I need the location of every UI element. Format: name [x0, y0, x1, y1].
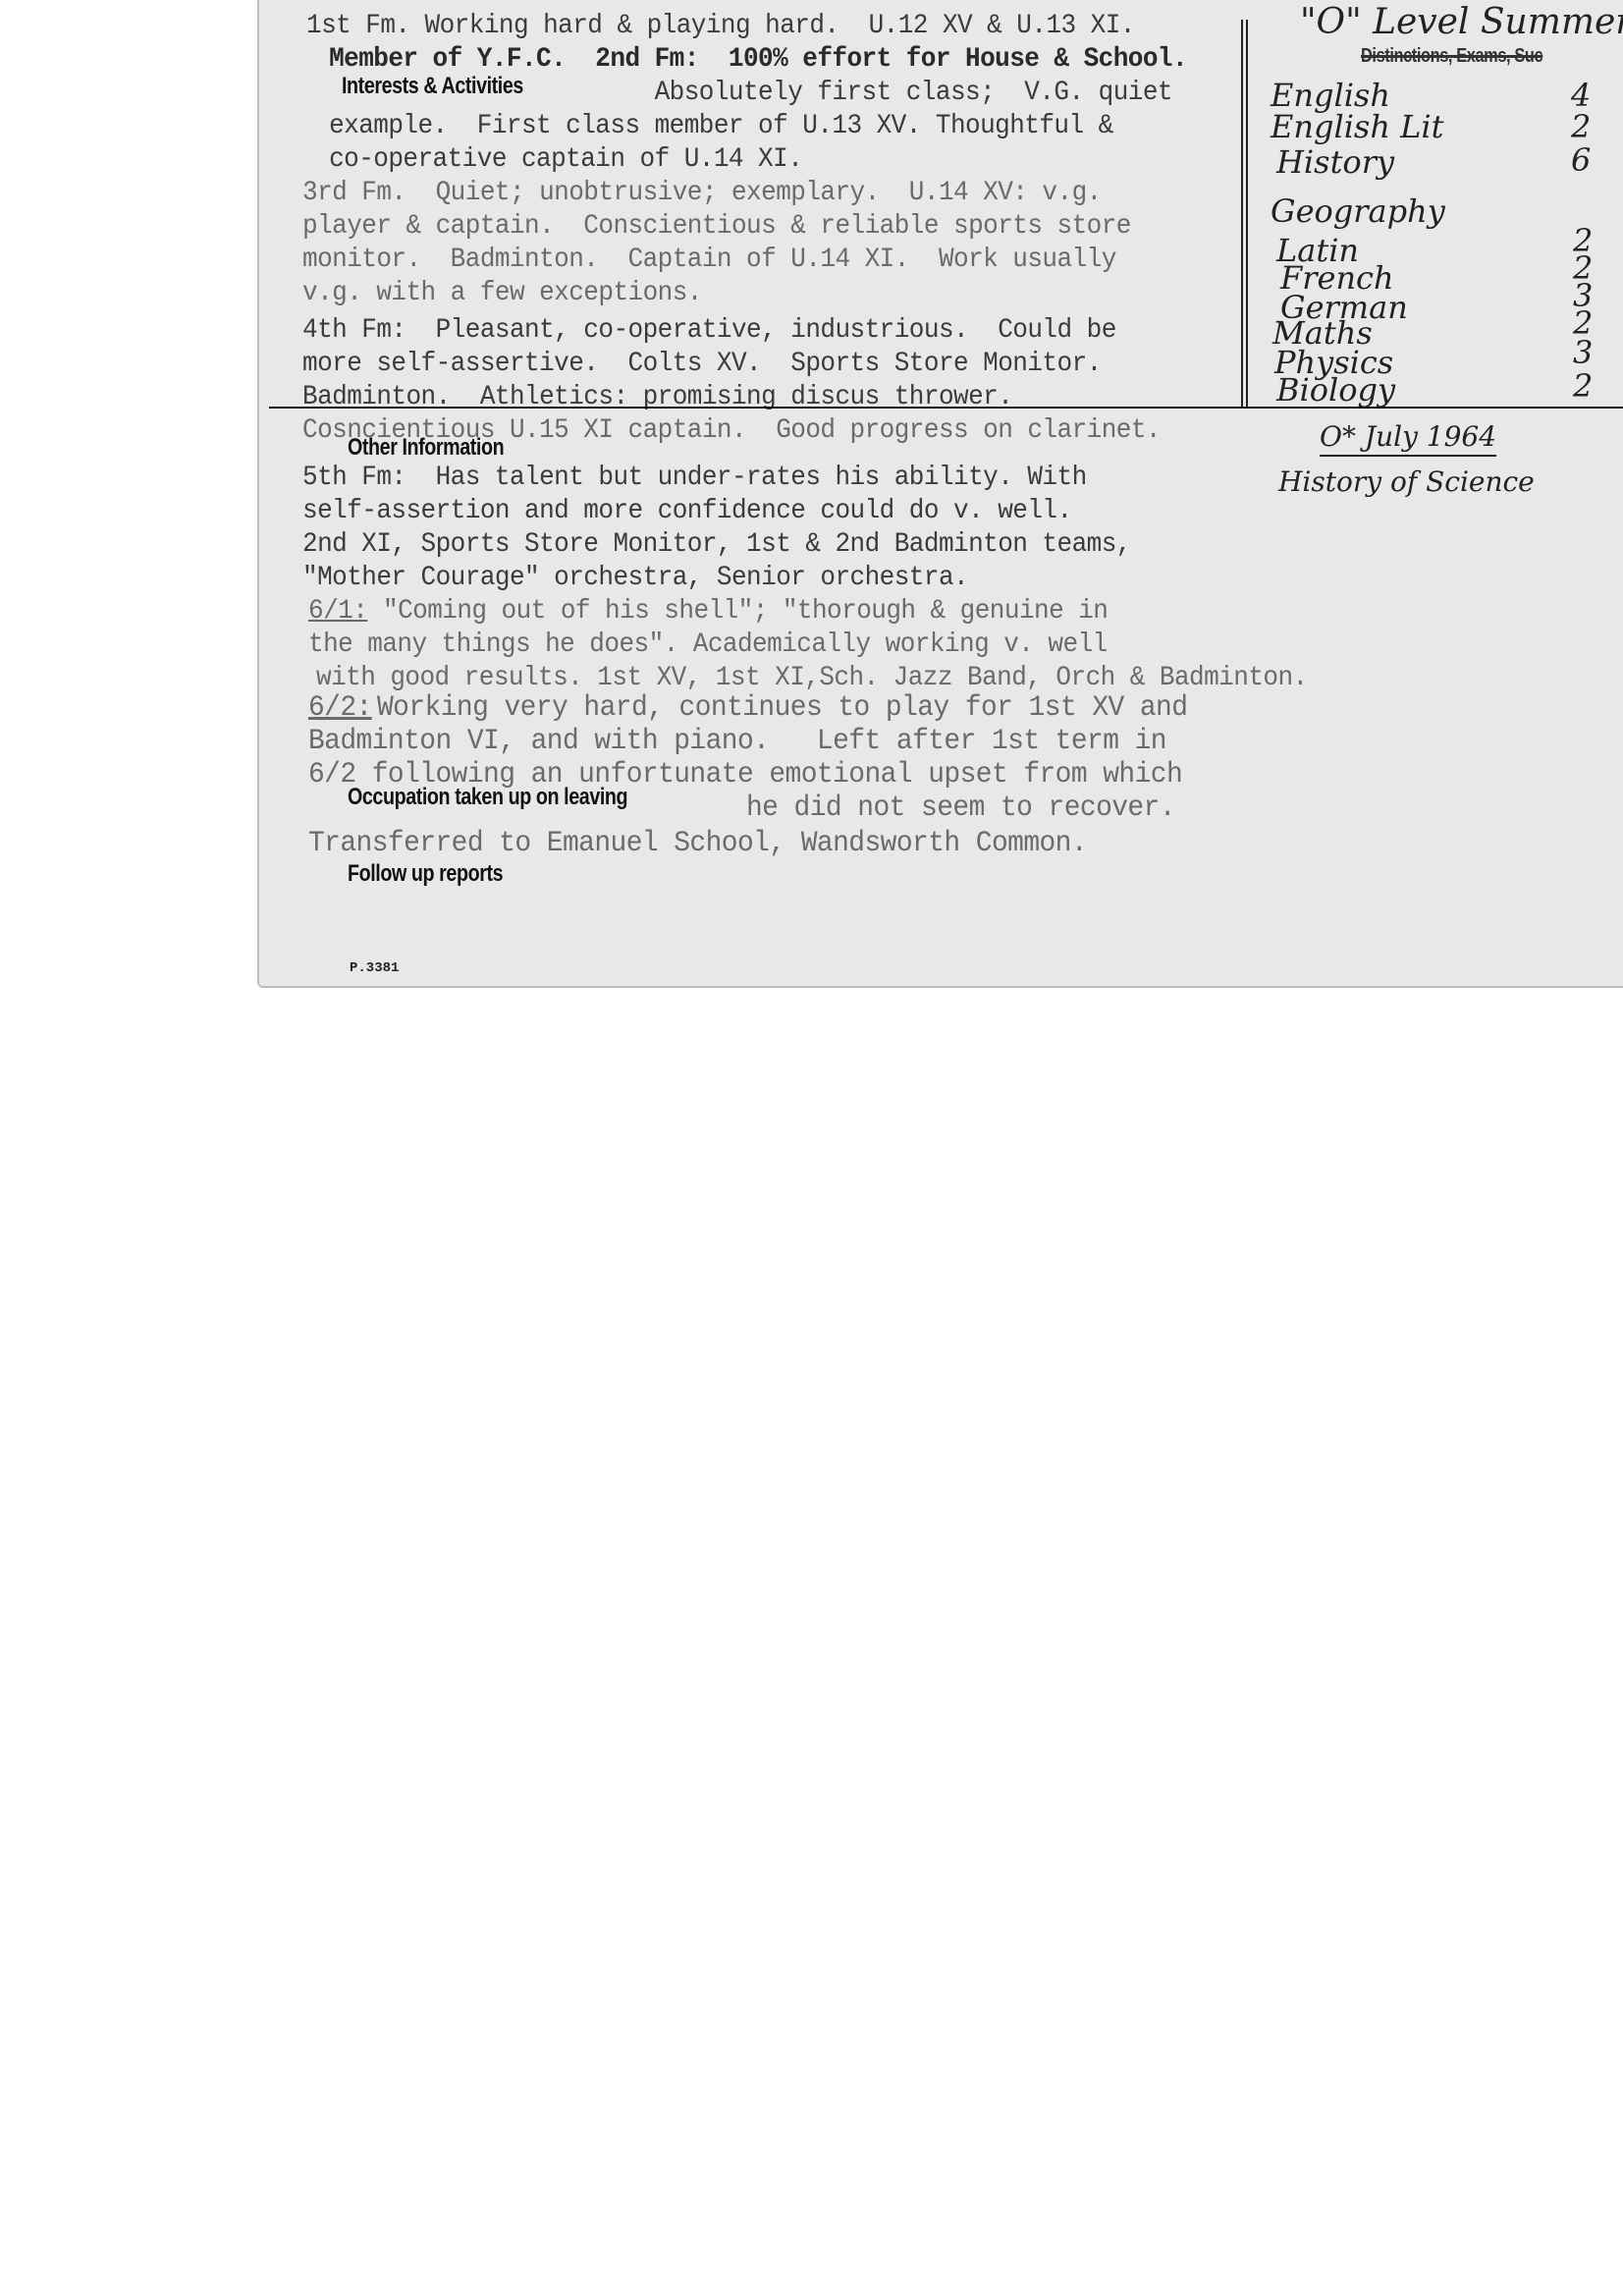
interests-line: Badminton. Athletics: promising discus t… [302, 381, 1012, 414]
term-6-1-label: 6/1: [308, 595, 367, 629]
interests-line: monitor. Badminton. Captain of U.14 XI. … [302, 244, 1116, 277]
form-number: P.3381 [350, 960, 399, 976]
term-6-2-line: he did not seem to recover. [746, 792, 1175, 825]
interests-line: co-operative captain of U.14 XI. [314, 143, 802, 177]
occupation-label: Occupation taken up on leaving [348, 784, 627, 811]
section-divider [269, 407, 1623, 409]
term-6-1-line: "Coming out of his shell"; "thorough & g… [383, 595, 1108, 629]
interests-line: more self-assertive. Colts XV. Sports St… [302, 348, 1102, 381]
interests-line: v.g. with a few exceptions. [302, 277, 702, 310]
follow-up-label: Follow up reports [348, 860, 503, 888]
interests-line: 4th Fm: Pleasant, co-operative, industri… [302, 314, 1116, 348]
interests-line: player & captain. Conscientious & reliab… [302, 210, 1131, 244]
occupation-value: Transferred to Emanuel School, Wandswort… [308, 827, 1087, 860]
subject-grade: 3 [1573, 334, 1593, 371]
exams-heading: "O" Level Summer [1300, 2, 1623, 42]
other-line: "Mother Courage" orchestra, Senior orche… [302, 562, 968, 595]
subject-name: History [1276, 143, 1394, 181]
subject-grade: 6 [1571, 141, 1591, 179]
column-divider [1246, 20, 1248, 409]
extra-subject-note: History of Science [1278, 465, 1535, 498]
distinctions-label: Distinctions, Exams, Suc [1361, 45, 1542, 68]
term-6-1-line: the many things he does". Academically w… [308, 629, 1108, 662]
school-record-card: 1st Fm. Working hard & playing hard. U.1… [257, 0, 1623, 988]
term-6-2-line: Working very hard, continues to play for… [377, 691, 1187, 725]
other-information-label: Other Information [348, 434, 504, 462]
interests-line: 1st Fm. Working hard & playing hard. U.1… [306, 10, 1135, 43]
other-line: 2nd XI, Sports Store Monitor, 1st & 2nd … [302, 528, 1131, 562]
other-line: self-assertion and more confidence could… [302, 495, 1072, 528]
subject-grade: 2 [1573, 367, 1593, 405]
subject-grade: 2 [1571, 108, 1591, 145]
term-6-1-line: with good results. 1st XV, 1st XI,Sch. J… [316, 662, 1308, 695]
term-6-2-label: 6/2: [308, 691, 372, 725]
interests-line: example. First class member of U.13 XV. … [314, 110, 1113, 143]
exam-date-note: O* July 1964 [1320, 420, 1496, 457]
subject-name: English Lit [1271, 108, 1443, 145]
column-divider [1241, 20, 1243, 409]
other-line: 5th Fm: Has talent but under-rates his a… [302, 462, 1087, 495]
subject-name: Geography [1271, 192, 1445, 230]
interests-line: Member of Y.F.C. 2nd Fm: 100% effort for… [314, 43, 1187, 77]
interests-label: Interests & Activities [342, 73, 523, 100]
term-6-2-line: Badminton VI, and with piano. Left after… [308, 725, 1166, 758]
interests-line: 3rd Fm. Quiet; unobtrusive; exemplary. U… [302, 177, 1102, 210]
subject-name: Biology [1276, 371, 1395, 409]
